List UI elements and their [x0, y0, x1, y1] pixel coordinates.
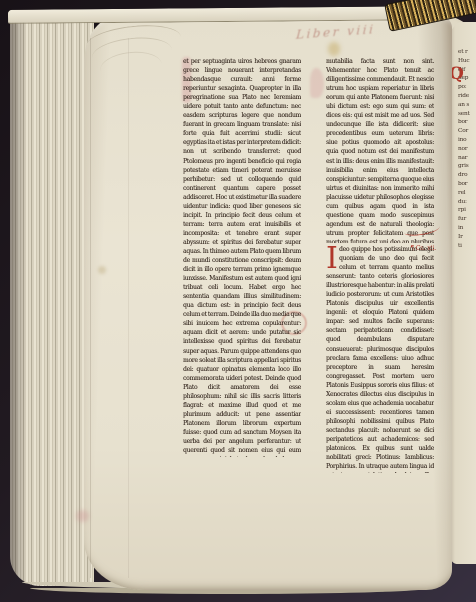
text-column-right-paragraph-2: Ideo quippe hos potissimum elegi: quonia…	[326, 245, 434, 473]
facing-page-text-fragment: fur	[458, 215, 476, 224]
text-column-right-paragraph-1: mutabilia facta sunt non sint. Vehemente…	[326, 57, 434, 243]
facing-page-text-fragment: nar	[458, 154, 476, 163]
facing-page-text-fragment: ride	[458, 92, 476, 101]
page-crease	[128, 38, 129, 578]
facing-page-text-fragment: in	[458, 224, 476, 233]
facing-page-text-fragment: Cor	[458, 127, 476, 136]
rubricated-drop-cap-i: I	[326, 246, 337, 272]
facing-page-text-fragment: nor	[458, 145, 476, 154]
facing-page-text-fragment: po:	[458, 83, 476, 92]
page-stain	[76, 510, 89, 522]
facing-page-text-fragment: rel	[458, 189, 476, 198]
facing-page-text-fragment: et r	[458, 48, 476, 57]
facing-page-text-fragment: gris	[458, 162, 476, 171]
ink-offset-ghost-initial	[310, 68, 324, 98]
facing-page-text-fragment: bor	[458, 180, 476, 189]
facing-page-text-fragment: bor	[458, 118, 476, 127]
facing-page-text-fragment: sent	[458, 110, 476, 119]
facing-page-text-fragment: ti	[458, 242, 476, 251]
facing-page-text-fragment: rpi	[458, 206, 476, 215]
book-photo: { "book": { "handwritten_title": "Liber …	[0, 0, 476, 602]
facing-page-text-fragment: an s	[458, 101, 476, 110]
page-crease	[90, 38, 91, 578]
rubric-flourish	[404, 222, 441, 237]
text-column-left: et per septuaginta uiros hebreos gnaram …	[183, 57, 301, 457]
paragraph-text: deo quippe hos potissimum elegi: quoniam…	[326, 246, 434, 473]
facing-page-text-fragment: dro	[458, 171, 476, 180]
fore-edge-leaf-stack	[10, 14, 94, 586]
main-page: Liber viii et per septuaginta uiros hebr…	[84, 18, 452, 590]
facing-page-text-fragment: Ir	[458, 233, 476, 242]
page-stain	[328, 42, 340, 56]
facing-page-text-fragment: du:	[458, 198, 476, 207]
facing-page-text-fragment: ino	[458, 136, 476, 145]
page-stain	[98, 266, 106, 274]
